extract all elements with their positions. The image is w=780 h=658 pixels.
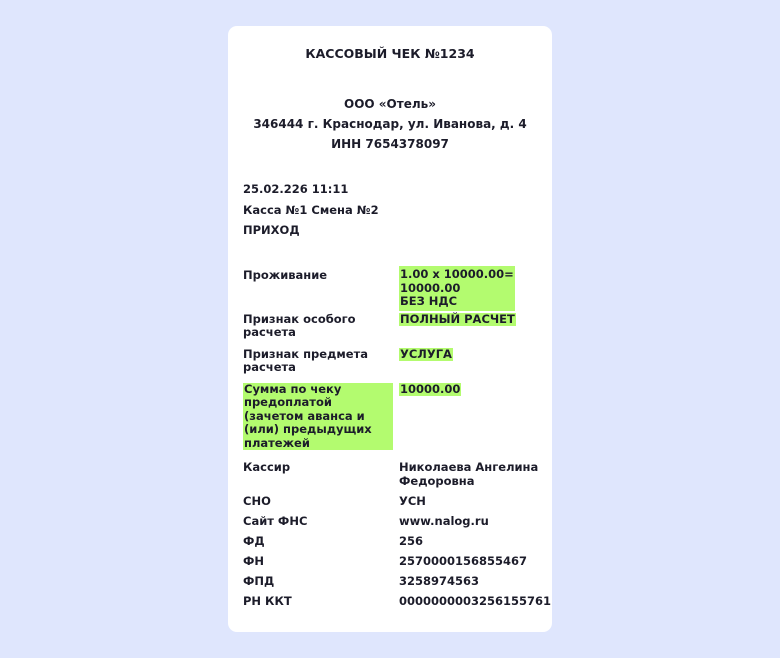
detail-row: Сайт ФНС www.nalog.ru [243,514,543,528]
detail-row: Кассир Николаева Ангелина Федоровна [243,460,543,488]
item-label: Признак предмета расчета [243,348,373,375]
receipt-datetime: 25.02.226 11:11 [243,179,379,200]
item-label: Проживание [243,266,399,311]
item-value: 1.00 x 10000.00= 10000.00 БЕЗ НДС [399,266,515,311]
item-value: ПОЛНЫЙ РАСЧЕТ [399,313,516,327]
org-address: 346444 г. Краснодар, ул. Иванова, д. 4 [228,114,552,134]
detail-label: ФН [243,554,399,568]
detail-label: ФПД [243,574,399,588]
detail-value: УСН [399,494,543,508]
register-shift: Касса №1 Смена №2 [243,200,379,221]
detail-value: Николаева Ангелина Федоровна [399,460,543,488]
item-value-line: БЕЗ НДС [400,294,457,308]
item-value-line: 1.00 x 10000.00= [400,267,514,281]
item-value-line: 10000.00 [400,281,460,295]
item-row: Признак предмета расчета УСЛУГА [243,348,543,375]
org-name: ООО «Отель» [228,94,552,114]
detail-row: ФН 2570000156855467 [243,554,543,568]
detail-label: ФД [243,534,399,548]
receipt-items: Проживание 1.00 x 10000.00= 10000.00 БЕЗ… [243,266,543,450]
detail-value: www.nalog.ru [399,514,543,528]
item-value: 10000.00 [399,383,461,397]
detail-label: Кассир [243,460,399,488]
detail-row: ФПД 3258974563 [243,574,543,588]
detail-row: РН ККТ 0000000003256155761 [243,594,543,608]
receipt-title: КАССОВЫЙ ЧЕК №1234 [228,46,552,61]
detail-value: 2570000156855467 [399,554,543,568]
detail-value: 256 [399,534,543,548]
receipt-details: Кассир Николаева Ангелина Федоровна СНО … [243,460,543,614]
item-row: Проживание 1.00 x 10000.00= 10000.00 БЕЗ… [243,266,543,311]
receipt-card: КАССОВЫЙ ЧЕК №1234 ООО «Отель» 346444 г.… [228,26,552,632]
operation-type: ПРИХОД [243,220,379,241]
detail-label: Сайт ФНС [243,514,399,528]
item-row: Признак особого расчета ПОЛНЫЙ РАСЧЕТ [243,313,543,340]
detail-value: 3258974563 [399,574,543,588]
detail-row: СНО УСН [243,494,543,508]
detail-row: ФД 256 [243,534,543,548]
item-value: УСЛУГА [399,348,453,362]
detail-label: СНО [243,494,399,508]
organization-block: ООО «Отель» 346444 г. Краснодар, ул. Ива… [228,94,552,154]
item-label: Сумма по чеку предоплатой (зачетом аванс… [243,383,393,451]
receipt-meta: 25.02.226 11:11 Касса №1 Смена №2 ПРИХОД [243,179,379,241]
org-inn: ИНН 7654378097 [228,134,552,154]
item-row: Сумма по чеку предоплатой (зачетом аванс… [243,383,543,451]
detail-value: 0000000003256155761 [399,594,551,608]
item-label: Признак особого расчета [243,313,373,340]
detail-label: РН ККТ [243,594,399,608]
